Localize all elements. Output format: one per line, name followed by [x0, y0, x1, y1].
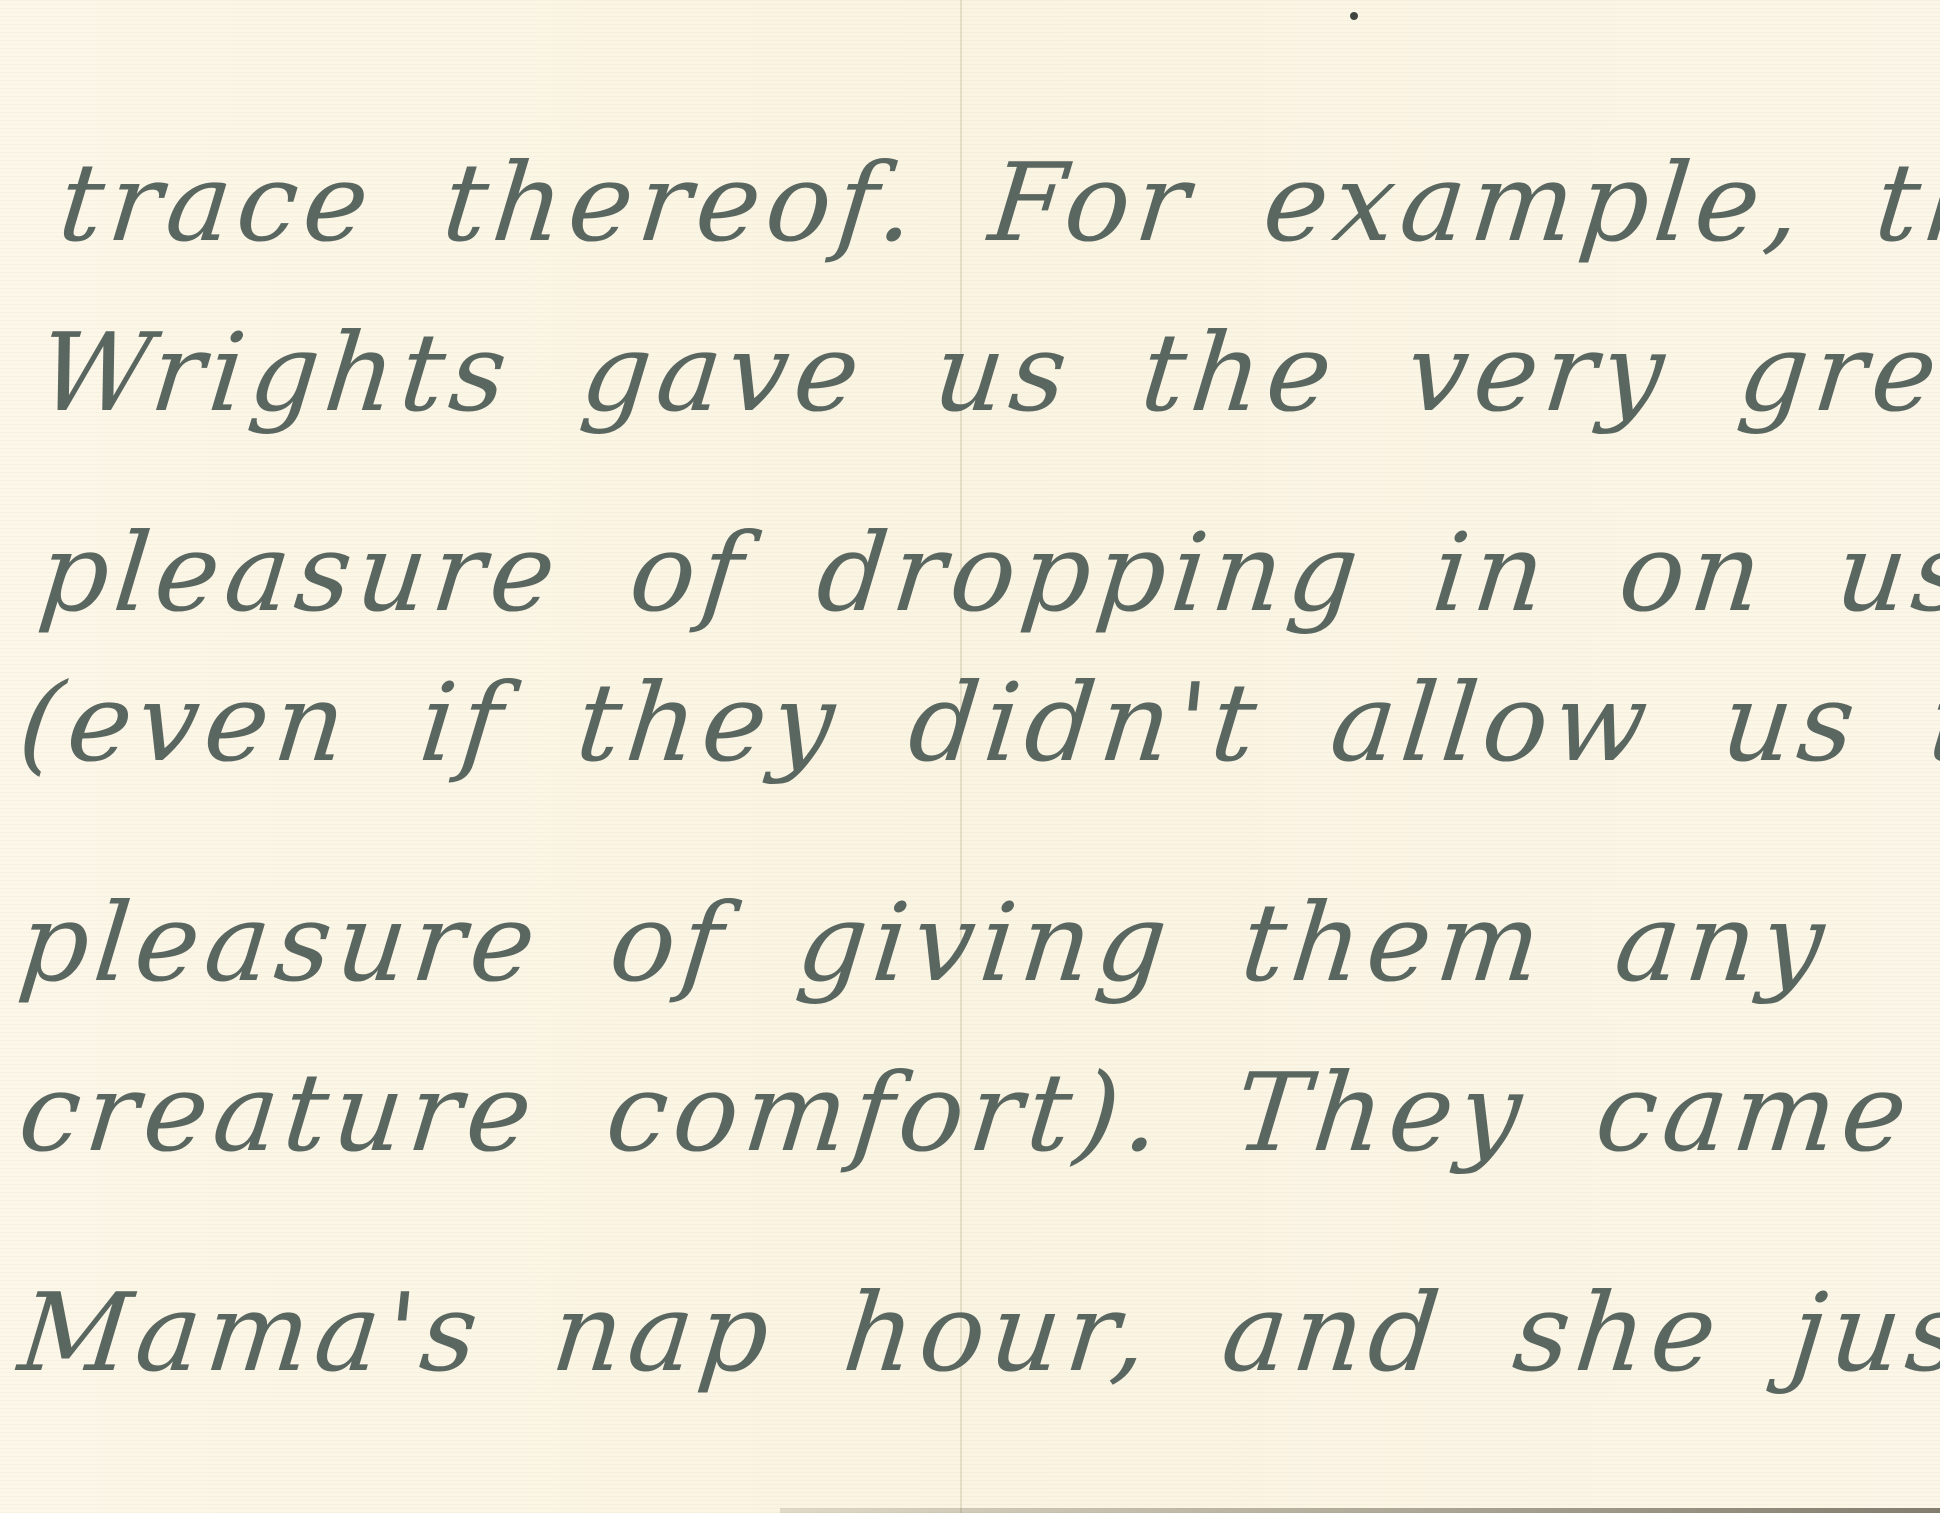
letter-page: trace thereof. For example, the Wrights …	[0, 0, 1940, 1513]
ink-spot	[1350, 12, 1358, 20]
text-line-6: creature comfort). They came at	[14, 1060, 1940, 1168]
text-line-7: Mama's nap hour, and she just	[14, 1280, 1940, 1388]
text-line-3: pleasure of dropping in on us	[34, 520, 1940, 628]
text-line-5: pleasure of giving them any	[14, 890, 1834, 998]
text-line-1: trace thereof. For example, the	[54, 150, 1940, 258]
text-line-2: Wrights gave us the very great	[34, 320, 1940, 428]
text-line-4: (even if they didn't allow us the	[14, 670, 1940, 778]
paper-bottom-edge	[780, 1508, 1940, 1513]
